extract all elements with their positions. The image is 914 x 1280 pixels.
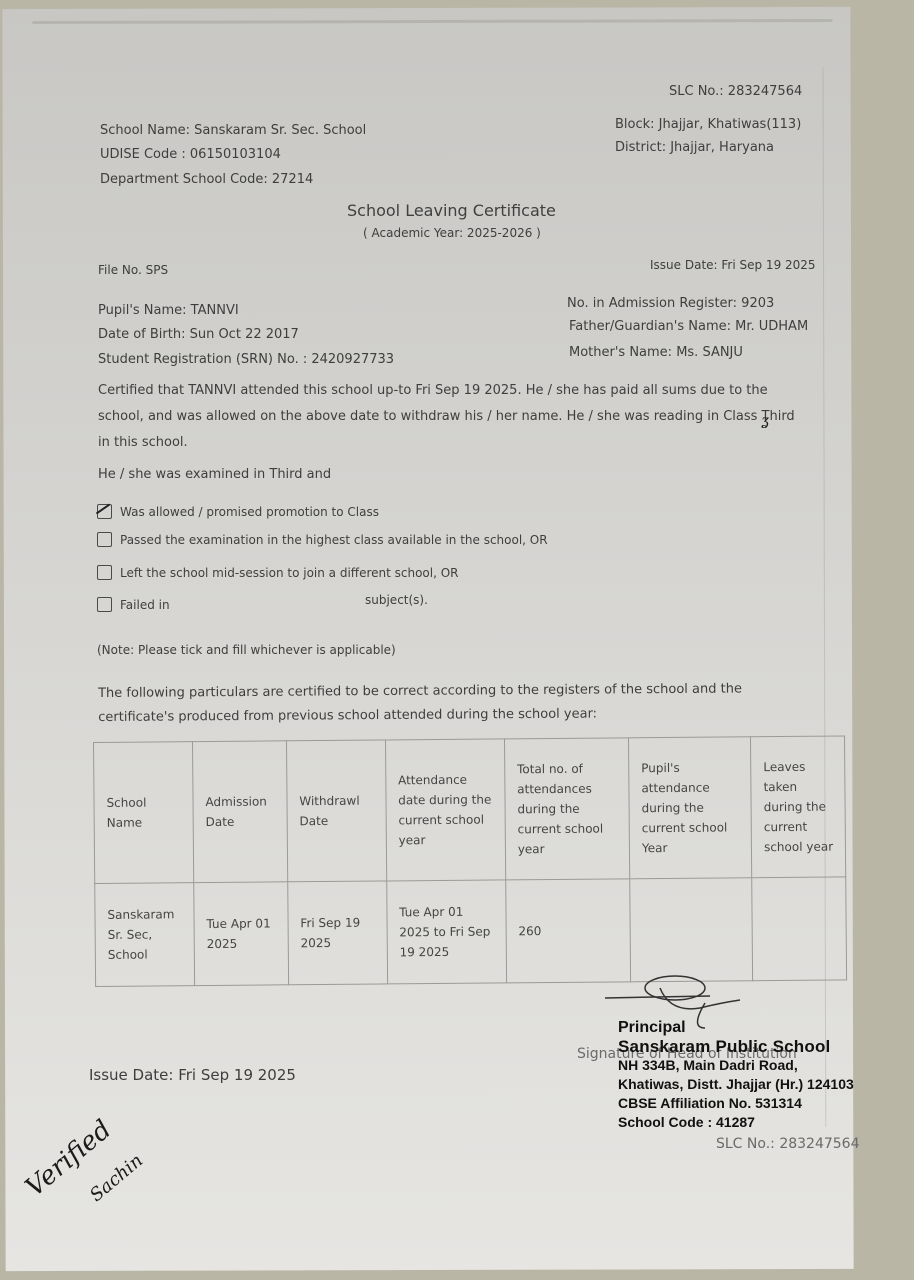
checkbox-icon[interactable] [97,597,112,612]
certificate-title: School Leaving Certificate [347,201,556,220]
academic-year: ( Academic Year: 2025-2026 ) [363,226,541,240]
pupil-name: Pupil's Name: TANNVI [98,303,239,318]
column-header-total-attendances: Total no. of attendances during the curr… [504,738,629,880]
department-school-code: Department School Code: 27214 [100,172,313,187]
admission-register-number: No. in Admission Register: 9203 [567,296,774,311]
column-header-withdrawl-date: Withdrawl Date [286,740,386,882]
option-label: Passed the examination in the highest cl… [120,533,548,547]
certification-text: Certified that TANNVI attended this scho… [98,378,808,456]
cell-attendance-date: Tue Apr 01 2025 to Fri Sep 19 2025 [386,880,506,984]
column-header-pupil-attendance: Pupil's attendance during the current sc… [628,737,751,879]
slc-number-top: SLC No.: 283247564 [669,84,802,99]
particulars-intro: The following particulars are certified … [98,677,808,730]
examined-text: He / she was examined in Third and [98,467,331,482]
file-number: File No. SPS [98,263,168,277]
stamp-address-line-1: NH 334B, Main Dadri Road, [618,1056,854,1075]
note: (Note: Please tick and fill whichever is… [97,643,396,657]
stamp-school-code: School Code : 41287 [618,1113,854,1132]
handwritten-mark: ʓ [761,413,769,429]
slc-number-footer: SLC No.: 283247564 [716,1136,860,1152]
school-name: School Name: Sanskaram Sr. Sec. School [100,123,366,138]
option-passed-highest[interactable]: Passed the examination in the highest cl… [97,532,548,547]
checkbox-icon[interactable] [97,532,112,547]
cell-school-name: Sanskaram Sr. Sec, School [95,883,195,987]
checkbox-icon[interactable] [97,565,112,580]
column-header-attendance-date: Attendance date during the current schoo… [385,739,505,881]
mother-name: Mother's Name: Ms. SANJU [569,345,743,360]
block: Block: Jhajjar, Khatiwas(113) [615,117,801,132]
particulars-table: School Name Admission Date Withdrawl Dat… [93,735,847,987]
column-header-admission-date: Admission Date [192,741,287,883]
table-header-row: School Name Admission Date Withdrawl Dat… [94,736,846,884]
principal-stamp: Principal Sanskaram Public School NH 334… [618,1018,854,1132]
date-of-birth: Date of Birth: Sun Oct 22 2017 [98,327,299,342]
option-label: Failed in [120,598,170,612]
cell-admission-date: Tue Apr 01 2025 [194,882,289,986]
district: District: Jhajjar, Haryana [615,140,774,155]
stamp-title: Principal [618,1018,854,1037]
father-name: Father/Guardian's Name: Mr. UDHAM [569,319,808,334]
option-failed[interactable]: Failed in [97,597,170,612]
cell-leaves-taken [752,877,847,981]
srn-number: Student Registration (SRN) No. : 2420927… [98,352,394,367]
option-left-mid-session[interactable]: Left the school mid-session to join a di… [97,565,459,580]
issue-date-footer: Issue Date: Fri Sep 19 2025 [89,1066,296,1084]
column-header-leaves-taken: Leaves taken during the current school y… [751,736,846,878]
column-header-school-name: School Name [94,742,194,884]
option-promotion[interactable]: Was allowed / promised promotion to Clas… [97,504,379,519]
checkbox-checked-icon[interactable] [97,504,112,519]
paper-edge-line [32,19,832,24]
option-label: Left the school mid-session to join a di… [120,566,459,580]
cell-pupil-attendance [630,878,753,982]
failed-subjects-suffix: subject(s). [365,593,428,607]
stamp-school-name: Sanskaram Public School [618,1037,854,1056]
issue-date-top: Issue Date: Fri Sep 19 2025 [650,258,816,272]
stamp-address-line-2: Khatiwas, Distt. Jhajjar (Hr.) 124103 [618,1075,854,1094]
option-label: Was allowed / promised promotion to Clas… [120,505,379,519]
stamp-affiliation: CBSE Affiliation No. 531314 [618,1094,854,1113]
udise-code: UDISE Code : 06150103104 [100,147,281,162]
cell-withdrawl-date: Fri Sep 19 2025 [288,881,388,985]
